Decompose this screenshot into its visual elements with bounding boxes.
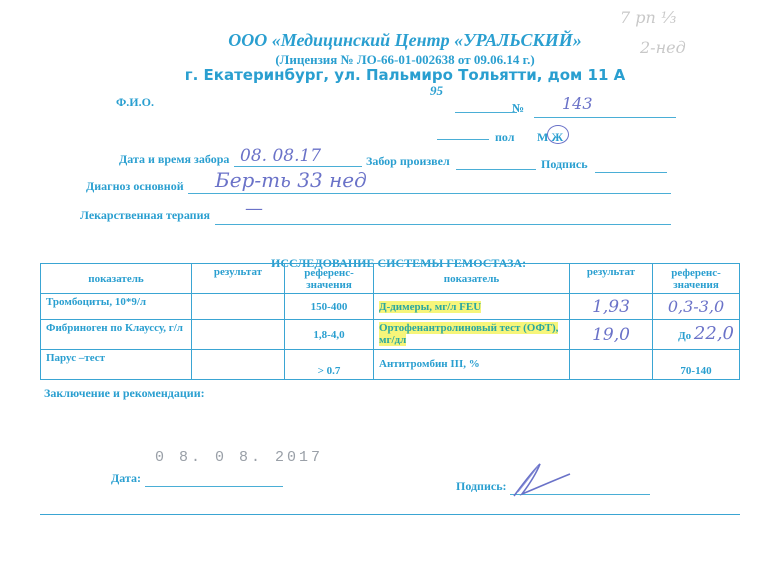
header-reference-left: референс-значения — [285, 264, 374, 294]
footer-date-field[interactable] — [145, 486, 283, 487]
hemostasis-table: показатель результат референс-значения п… — [40, 263, 740, 380]
indicator-antithrombin: Антитромбин III, % — [374, 349, 570, 379]
signature-scribble-icon — [510, 460, 590, 500]
result-d-dimer[interactable]: 1,93 — [570, 294, 653, 320]
signature-field[interactable] — [595, 172, 667, 173]
number-value: 143 — [562, 94, 593, 113]
header-indicator-left: показатель — [41, 264, 192, 294]
org-name: ООО «Медицинский Центр «УРАЛЬСКИЙ» — [0, 30, 770, 51]
collection-date-label: Дата и время забора — [119, 152, 229, 167]
fio-label: Ф.И.О. — [116, 95, 154, 110]
date-stamp: 0 8. 0 8. 2017 — [155, 449, 323, 466]
collection-date-value: 08. 08.17 — [240, 146, 321, 166]
table-row: Фибриноген по Клауссу, г/л 1,8-4,0 Ортоф… — [41, 320, 740, 349]
signature-label: Подпись — [541, 157, 588, 172]
number-field[interactable] — [534, 117, 676, 118]
result-platelets[interactable] — [192, 294, 285, 320]
reference-antithrombin: 70-140 — [653, 349, 740, 379]
result-fibrinogen[interactable] — [192, 320, 285, 349]
bottom-divider — [40, 514, 740, 515]
diagnosis-value: Бер-ть 33 нед — [215, 168, 367, 192]
result-oft[interactable]: 19,0 — [570, 320, 653, 349]
collected-by-field[interactable] — [456, 169, 536, 170]
reference-platelets: 150-400 — [285, 294, 374, 320]
diagnosis-label: Диагноз основной — [86, 179, 184, 194]
header-result-right: результат — [570, 264, 653, 294]
footer-signature-label: Подпись: — [456, 479, 507, 494]
number-label: № — [512, 101, 524, 116]
reference-fibrinogen: 1,8-4,0 — [285, 320, 374, 349]
header-indicator-right: показатель — [374, 264, 570, 294]
reference-oft: 22,0 — [694, 323, 734, 344]
collection-date-field[interactable] — [234, 166, 362, 167]
therapy-field[interactable] — [215, 224, 671, 225]
header-result-left: результат — [192, 264, 285, 294]
address: г. Екатеринбург, ул. Пальмиро Тольятти, … — [0, 66, 770, 84]
table-row: Тромбоциты, 10*9/л 150-400 Д-димеры, мг/… — [41, 294, 740, 320]
sex-selected-circle — [547, 125, 569, 144]
indicator-d-dimer: Д-димеры, мг/л FEU — [379, 301, 481, 313]
footer-date-label: Дата: — [111, 471, 141, 486]
form-code: 95 — [430, 83, 443, 99]
indicator-parus: Парус –тест — [41, 349, 192, 379]
sex-label: пол — [495, 130, 515, 145]
indicator-fibrinogen: Фибриноген по Клауссу, г/л — [41, 320, 192, 349]
diagnosis-field[interactable] — [188, 193, 671, 194]
reference-oft-prefix: До — [678, 330, 691, 342]
header-reference-right: референс-значения — [653, 264, 740, 294]
corner-note-line1: 7 рп ⅓ — [620, 8, 676, 27]
table-row: Парус –тест > 0.7 Антитромбин III, % 70-… — [41, 349, 740, 379]
indicator-oft: Ортофенантролиновый тест (ОФТ), мг/дл — [379, 322, 558, 346]
collected-by-label: Забор произвел — [366, 154, 450, 169]
indicator-platelets: Тромбоциты, 10*9/л — [41, 294, 192, 320]
reference-d-dimer: 0,3-3,0 — [653, 294, 740, 320]
reference-parus: > 0.7 — [285, 349, 374, 379]
conclusion-label: Заключение и рекомендации: — [44, 386, 205, 401]
result-antithrombin[interactable] — [570, 349, 653, 379]
therapy-label: Лекарственная терапия — [80, 208, 210, 223]
fio-line[interactable] — [455, 112, 517, 113]
therapy-value: — — [245, 198, 263, 219]
result-parus[interactable] — [192, 349, 285, 379]
sex-line — [437, 139, 489, 140]
